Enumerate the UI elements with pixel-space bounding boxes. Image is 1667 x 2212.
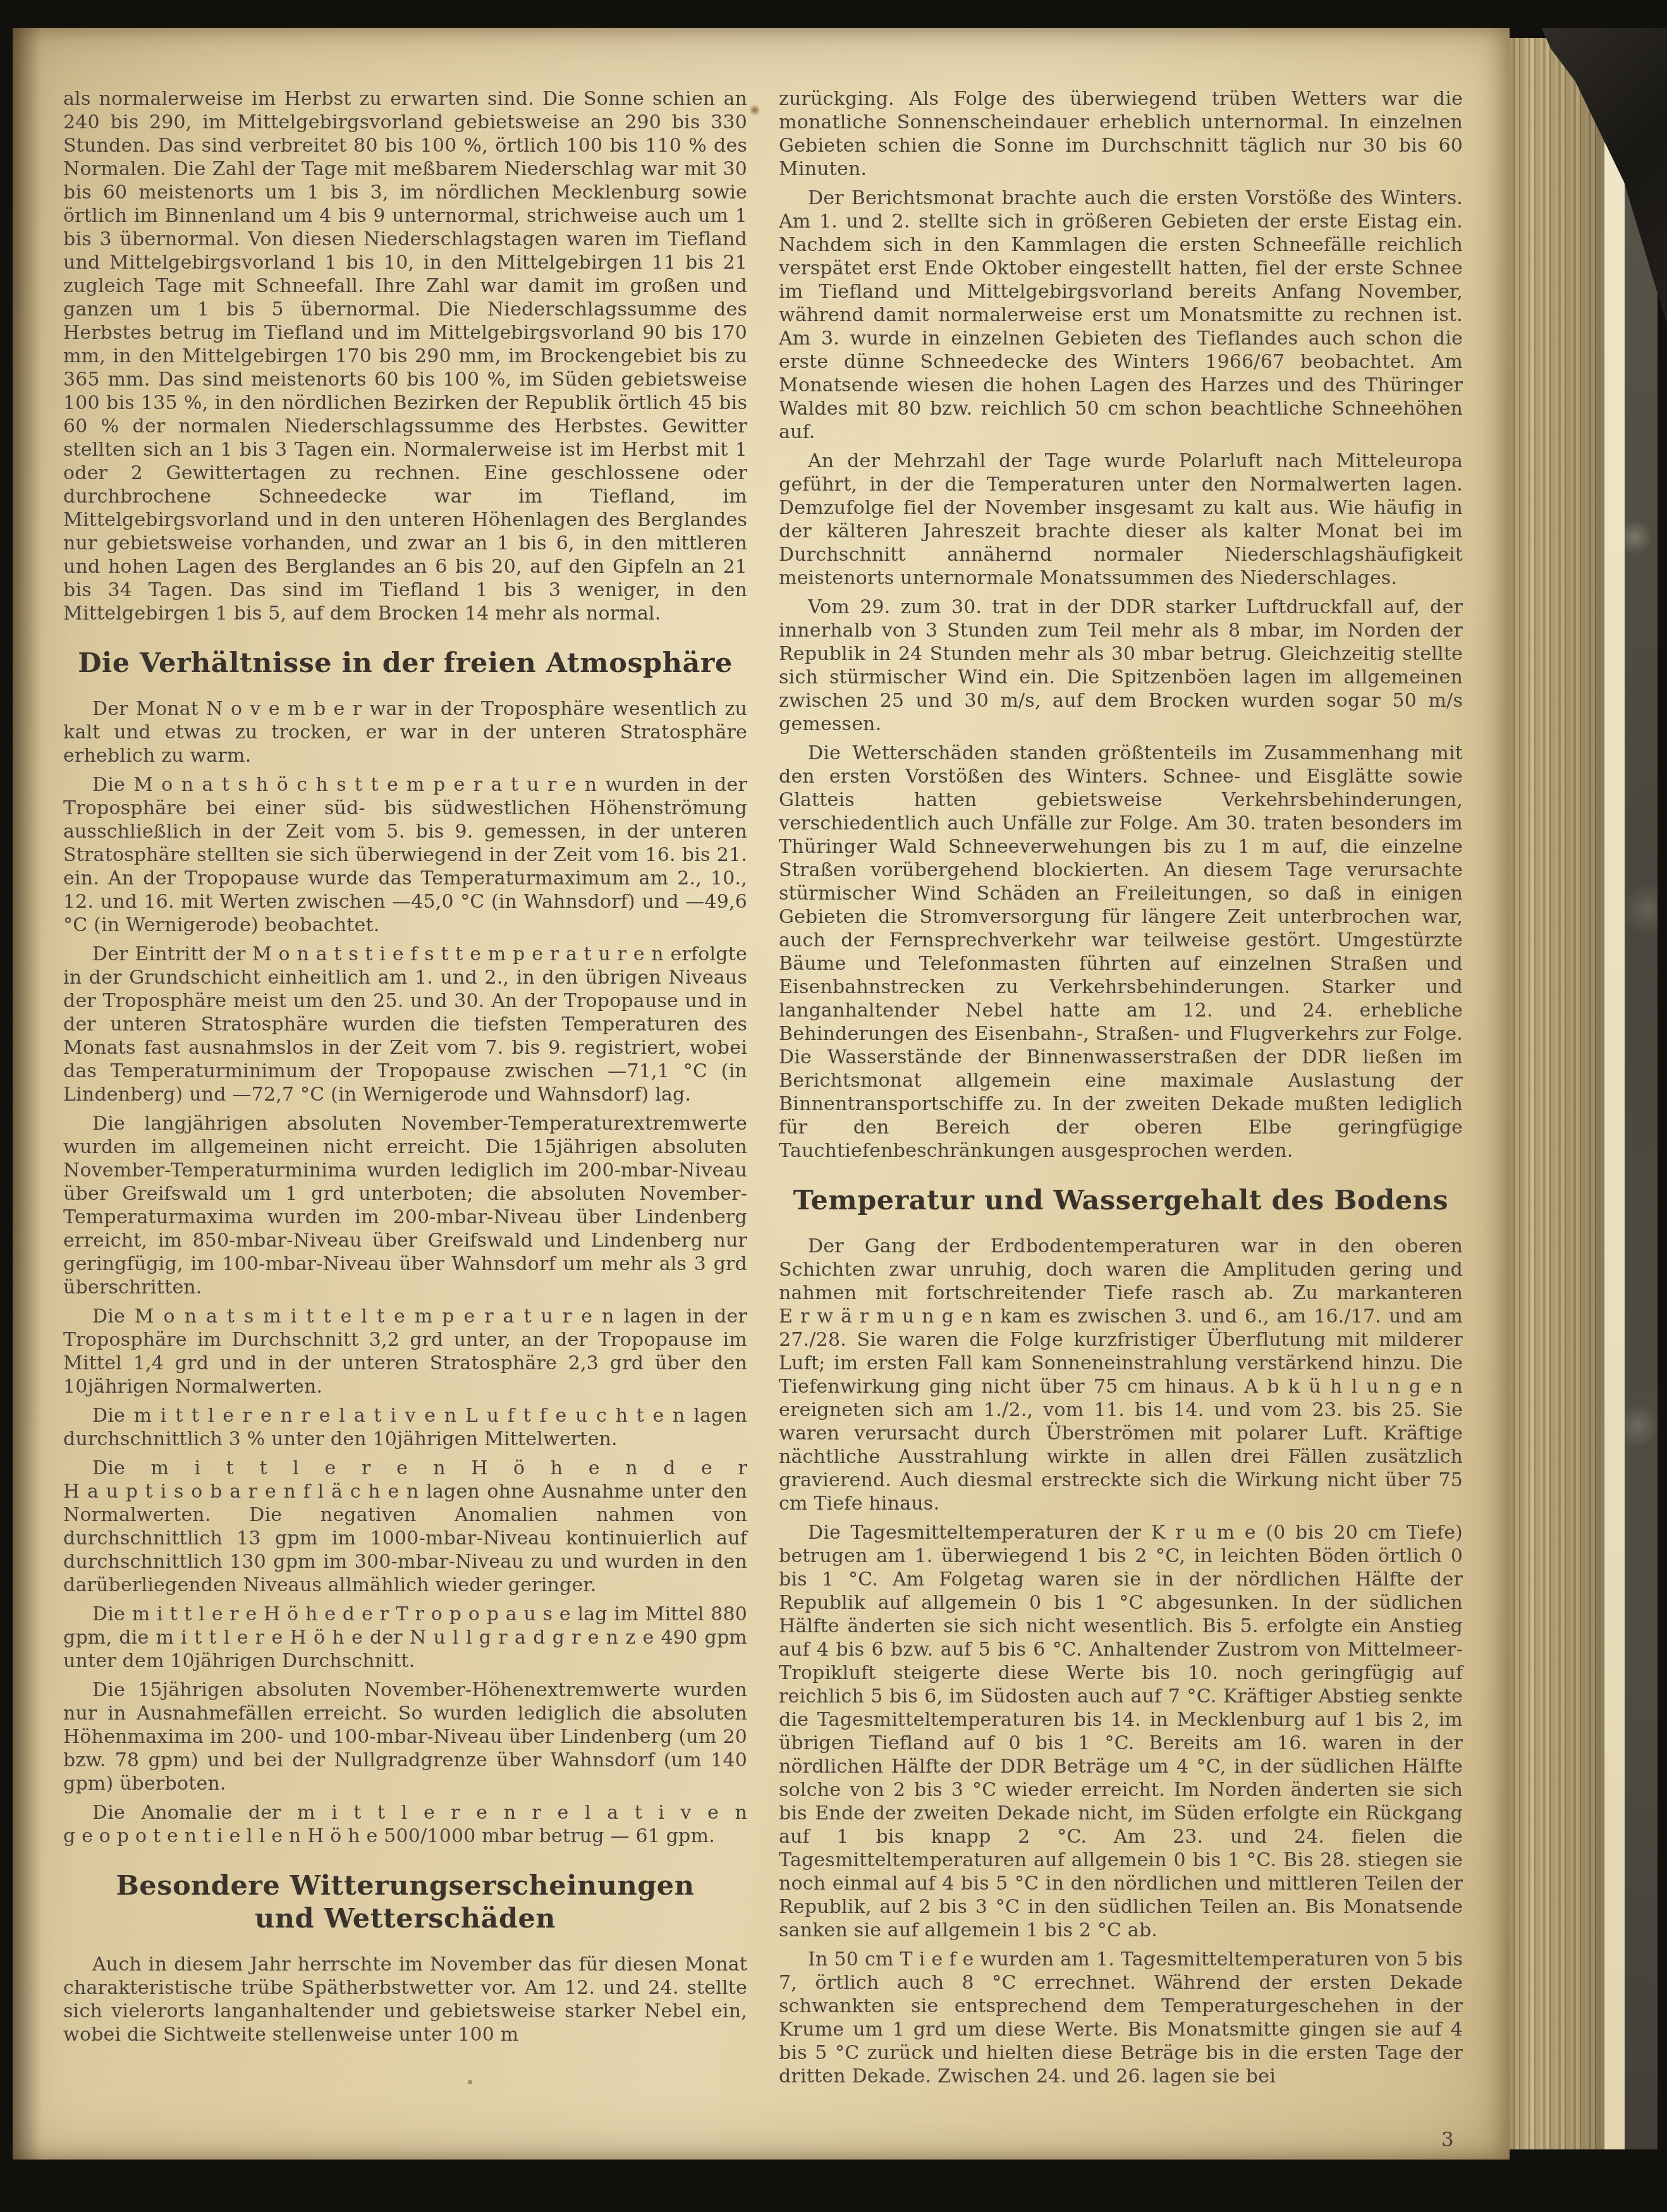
paragraph: als normalerweise im Herbst zu erwarten … bbox=[63, 87, 747, 625]
paragraph: Die m i t t l e r e n H ö h e n d e r H … bbox=[63, 1457, 747, 1597]
paragraph: zurückging. Als Folge des überwiegend tr… bbox=[779, 87, 1463, 181]
paragraph: Die M o n a t s m i t t e l t e m p e r … bbox=[63, 1305, 747, 1398]
paragraph: Vom 29. zum 30. trat in der DDR starker … bbox=[779, 596, 1463, 736]
section-heading-soil: Temperatur und Wassergehalt des Bodens bbox=[779, 1184, 1463, 1217]
paragraph: An der Mehrzahl der Tage wurde Polarluft… bbox=[779, 449, 1463, 590]
paper-speck bbox=[468, 2080, 472, 2084]
paragraph: Der Berichtsmonat brachte auch die erste… bbox=[779, 186, 1463, 444]
paragraph: Der Eintritt der M o n a t s t i e f s t… bbox=[63, 943, 747, 1106]
paragraph: Die langjährigen absoluten November-Temp… bbox=[63, 1112, 747, 1299]
gutter-shadow bbox=[13, 28, 42, 2160]
scanned-book-page: als normalerweise im Herbst zu erwarten … bbox=[0, 0, 1667, 2212]
section-heading-weather-damage: Besondere Witterungserscheinungen und We… bbox=[63, 1869, 747, 1935]
paragraph: Die m i t t l e r e H ö h e d e r T r o … bbox=[63, 1603, 747, 1673]
paragraph: Die Anomalie der m i t t l e r e n r e l… bbox=[63, 1801, 747, 1848]
paragraph: Der Monat N o v e m b e r war in der Tro… bbox=[63, 697, 747, 767]
book-cover-marbled bbox=[1625, 82, 1658, 2149]
paragraph: In 50 cm T i e f e wurden am 1. Tagesmit… bbox=[779, 1948, 1463, 2088]
paragraph: Der Gang der Erdbodentemperaturen war in… bbox=[779, 1235, 1463, 1515]
endpaper-strip bbox=[1604, 76, 1625, 2149]
left-text-column: als normalerweise im Herbst zu erwarten … bbox=[63, 87, 747, 2052]
section-heading-atmosphere: Die Verhältnisse in der freien Atmosphär… bbox=[63, 647, 747, 680]
heading-line: Besondere Witterungserscheinungen bbox=[63, 1869, 747, 1902]
paragraph: Die Wetterschäden standen größtenteils i… bbox=[779, 742, 1463, 1163]
right-text-column: zurückging. Als Folge des überwiegend tr… bbox=[779, 87, 1463, 2152]
paragraph: Die Tagesmitteltemperaturen der K r u m … bbox=[779, 1521, 1463, 1942]
book-page-edges bbox=[1510, 38, 1604, 2149]
paragraph: Die M o n a t s h ö c h s t t e m p e r … bbox=[63, 773, 747, 937]
page-number: 3 bbox=[779, 2129, 1463, 2152]
paragraph: Die m i t t l e r e n r e l a t i v e n … bbox=[63, 1404, 747, 1451]
paragraph: Die 15jährigen absoluten November-Höhene… bbox=[63, 1678, 747, 1795]
heading-line: und Wetterschäden bbox=[63, 1902, 747, 1935]
paper-stain bbox=[750, 104, 760, 116]
paragraph: Auch in diesem Jahr herrschte im Novembe… bbox=[63, 1953, 747, 2046]
